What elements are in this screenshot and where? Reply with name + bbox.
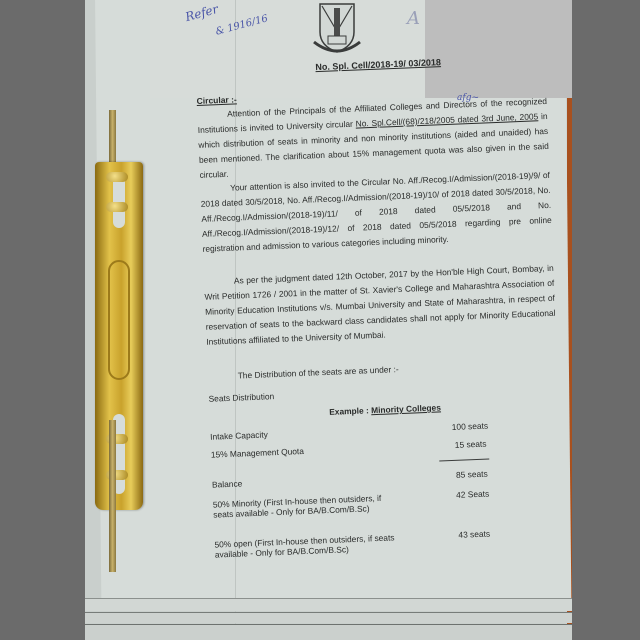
university-seal-icon [310, 2, 364, 58]
fastener-groove [108, 260, 130, 380]
handwritten-note: A [407, 8, 420, 29]
fastener-rod [109, 420, 116, 572]
paragraph-text: Your attention is also invited to the Ci… [201, 170, 552, 254]
overlapping-sheet [425, 0, 572, 98]
stacked-page-edge [85, 612, 572, 623]
paragraph: Your attention is also invited to the Ci… [200, 168, 553, 257]
example-value: Minority Colleges [371, 402, 441, 415]
paragraph: As per the judgment dated 12th October, … [204, 261, 557, 350]
seats-heading: Seats Distribution [208, 389, 274, 407]
example-label: Example : [329, 405, 369, 417]
stacked-page-edge [85, 624, 572, 640]
document-photo: Refer & 1916/16 A afg~ No. Spl. Cell/201… [85, 0, 572, 640]
fastener-knob [106, 202, 128, 212]
paragraph-text: As per the judgment dated 12th October, … [204, 263, 555, 347]
file-fastener [87, 80, 139, 425]
stacked-page-edge [85, 598, 572, 611]
fastener-knob [106, 172, 128, 182]
circular-reference-link: No. Spl.Cell/(68)/218/2005 dated 3rd Jun… [355, 111, 538, 128]
fastener-plate [95, 162, 143, 510]
